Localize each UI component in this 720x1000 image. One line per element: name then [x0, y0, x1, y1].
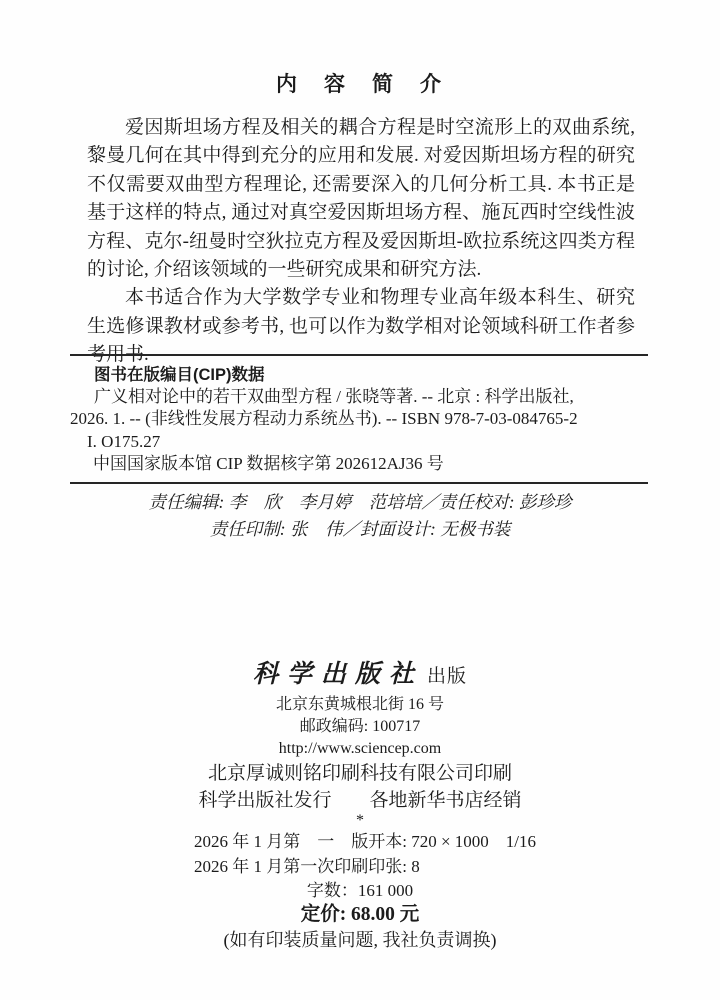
- word-count: 字数：161 000: [0, 879, 720, 902]
- cip-classification-line: I. O175.27: [70, 431, 648, 453]
- content-summary: 爱因斯坦场方程及相关的耦合方程是时空流形上的双曲系统, 黎曼几何在其中得到充分的…: [87, 114, 635, 370]
- sheet-count: 印张: 8: [368, 855, 419, 880]
- separator-star: *: [0, 814, 720, 827]
- cip-data-block: 图书在版编目(CIP)数据 广义相对论中的若干双曲型方程 / 张晓等著. -- …: [70, 354, 648, 484]
- printing-row: 2026 年 1 月第一次印刷 印张: 8: [194, 855, 526, 880]
- printing-date: 2026 年 1 月第一次印刷: [194, 855, 368, 880]
- publisher-address: 北京东黄城根北街 16 号: [0, 694, 720, 716]
- publisher-logo: 科学出版社: [253, 661, 423, 688]
- edition-date: 2026 年 1 月第 一 版: [194, 830, 368, 855]
- staff-credits: 责任编辑: 李 欣 李月婷 范培培／责任校对: 彭珍珍 责任印制: 张 伟／封面…: [0, 489, 720, 542]
- print-info-rows: 2026 年 1 月第 一 版 开本: 720 × 1000 1/16 2026…: [194, 830, 526, 879]
- format-spec: 开本: 720 × 1000 1/16: [368, 830, 536, 855]
- colophon: 科学出版社 出版 北京东黄城根北街 16 号 邮政编码: 100717 http…: [0, 659, 720, 953]
- production-line: 责任印制: 张 伟／封面设计: 无极书装: [0, 516, 720, 543]
- cip-registry-line: 中国国家版本馆 CIP 数据核字第 202612AJ36 号: [70, 453, 648, 475]
- quality-note: (如有印装质量问题, 我社负责调换): [0, 928, 720, 953]
- page-title: 内 容 简 介: [0, 68, 720, 98]
- publisher-logo-line: 科学出版社 出版: [0, 659, 720, 694]
- publisher-logo-suffix: 出版: [427, 666, 467, 687]
- publisher-postcode: 邮政编码: 100717: [0, 716, 720, 738]
- publisher-url: http://www.sciencep.com: [0, 738, 720, 760]
- distribution-line: 科学出版社发行 各地新华书店经销: [0, 787, 720, 814]
- edition-row: 2026 年 1 月第 一 版 开本: 720 × 1000 1/16: [194, 830, 526, 855]
- price: 定价: 68.00 元: [0, 902, 720, 928]
- cip-isbn-line: 2026. 1. -- (非线性发展方程动力系统丛书). -- ISBN 978…: [70, 408, 648, 430]
- cip-heading: 图书在版编目(CIP)数据: [70, 364, 648, 386]
- editors-line: 责任编辑: 李 欣 李月婷 范培培／责任校对: 彭珍珍: [0, 489, 720, 516]
- summary-paragraph-1: 爱因斯坦场方程及相关的耦合方程是时空流形上的双曲系统, 黎曼几何在其中得到充分的…: [87, 114, 635, 284]
- printer-line: 北京厚诚则铭印刷科技有限公司印刷: [0, 761, 720, 787]
- book-copyright-page: 内 容 简 介 爱因斯坦场方程及相关的耦合方程是时空流形上的双曲系统, 黎曼几何…: [0, 0, 720, 1000]
- cip-title-line: 广义相对论中的若干双曲型方程 / 张晓等著. -- 北京 : 科学出版社,: [70, 386, 648, 408]
